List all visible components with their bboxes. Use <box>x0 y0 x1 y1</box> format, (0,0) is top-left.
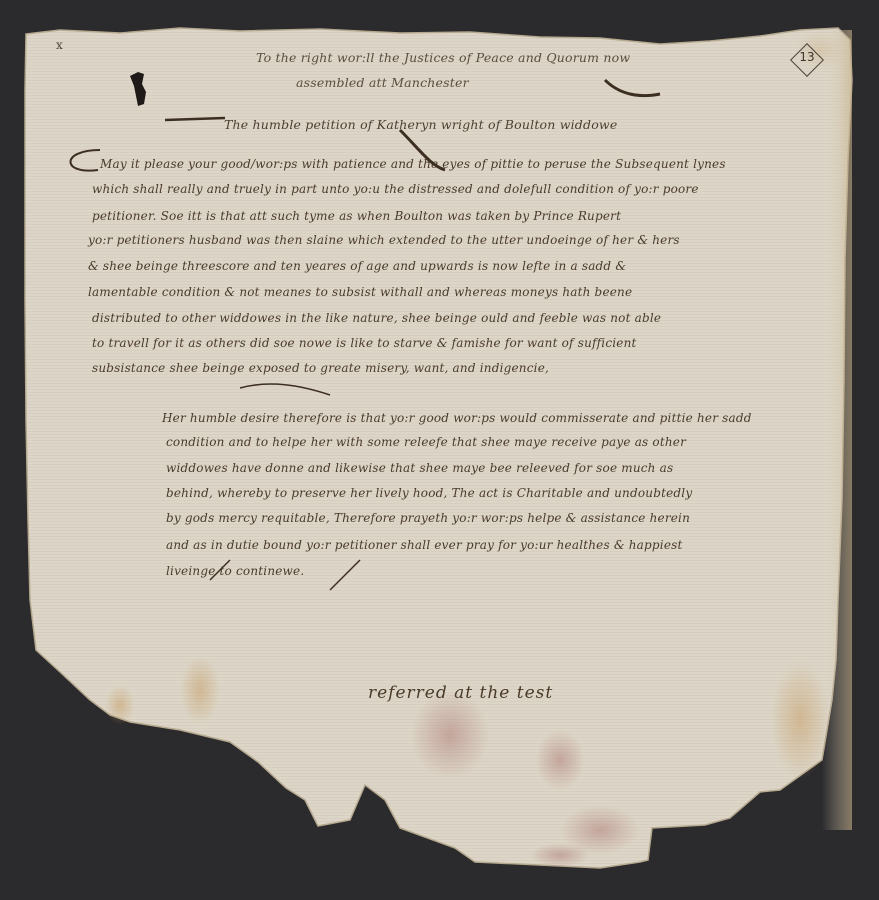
body-line-5: & shee beinge threescore and ten yeares … <box>88 259 626 273</box>
body-line-4: yo:r petitioners husband was then slaine… <box>88 233 680 247</box>
address-line-2: assembled att Manchester <box>296 75 469 90</box>
prayer-line-7: liveinge to continewe. <box>166 564 304 578</box>
body-line-6: lamentable condition & not meanes to sub… <box>88 285 632 299</box>
body-line-9: subsistance shee beinge exposed to great… <box>92 361 549 375</box>
body-line-1: May it please your good/wor:ps with pati… <box>100 157 726 171</box>
address-line-1: To the right wor:ll the Justices of Peac… <box>256 50 630 65</box>
body-line-2: which shall really and truely in part un… <box>92 182 699 196</box>
prayer-line-4: behind, whereby to preserve her lively h… <box>166 486 692 500</box>
body-line-7: distributed to other widdowes in the lik… <box>92 311 661 325</box>
petition-title: The humble petition of Katheryn wright o… <box>224 117 617 132</box>
body-line-8: to travell for it as others did soe nowe… <box>92 336 637 350</box>
manuscript-viewer: x 13 To the right wor:ll the Justices of… <box>0 0 879 900</box>
prayer-line-5: by gods mercy requitable, Therefore pray… <box>166 511 690 525</box>
endorsement-note: referred at the test <box>368 683 553 703</box>
prayer-line-1: Her humble desire therefore is that yo:r… <box>162 411 752 425</box>
prayer-line-2: condition and to helpe her with some rel… <box>166 435 686 449</box>
prayer-line-6: and as in dutie bound yo:r petitioner sh… <box>166 538 683 552</box>
ink-blot <box>128 70 150 108</box>
corner-mark: x <box>56 38 63 52</box>
prayer-line-3: widdowes have donne and likewise that sh… <box>166 461 673 475</box>
body-line-3: petitioner. Soe itt is that att such tym… <box>92 209 621 223</box>
folio-number: 13 <box>796 50 818 64</box>
paper-sheet <box>0 0 879 900</box>
